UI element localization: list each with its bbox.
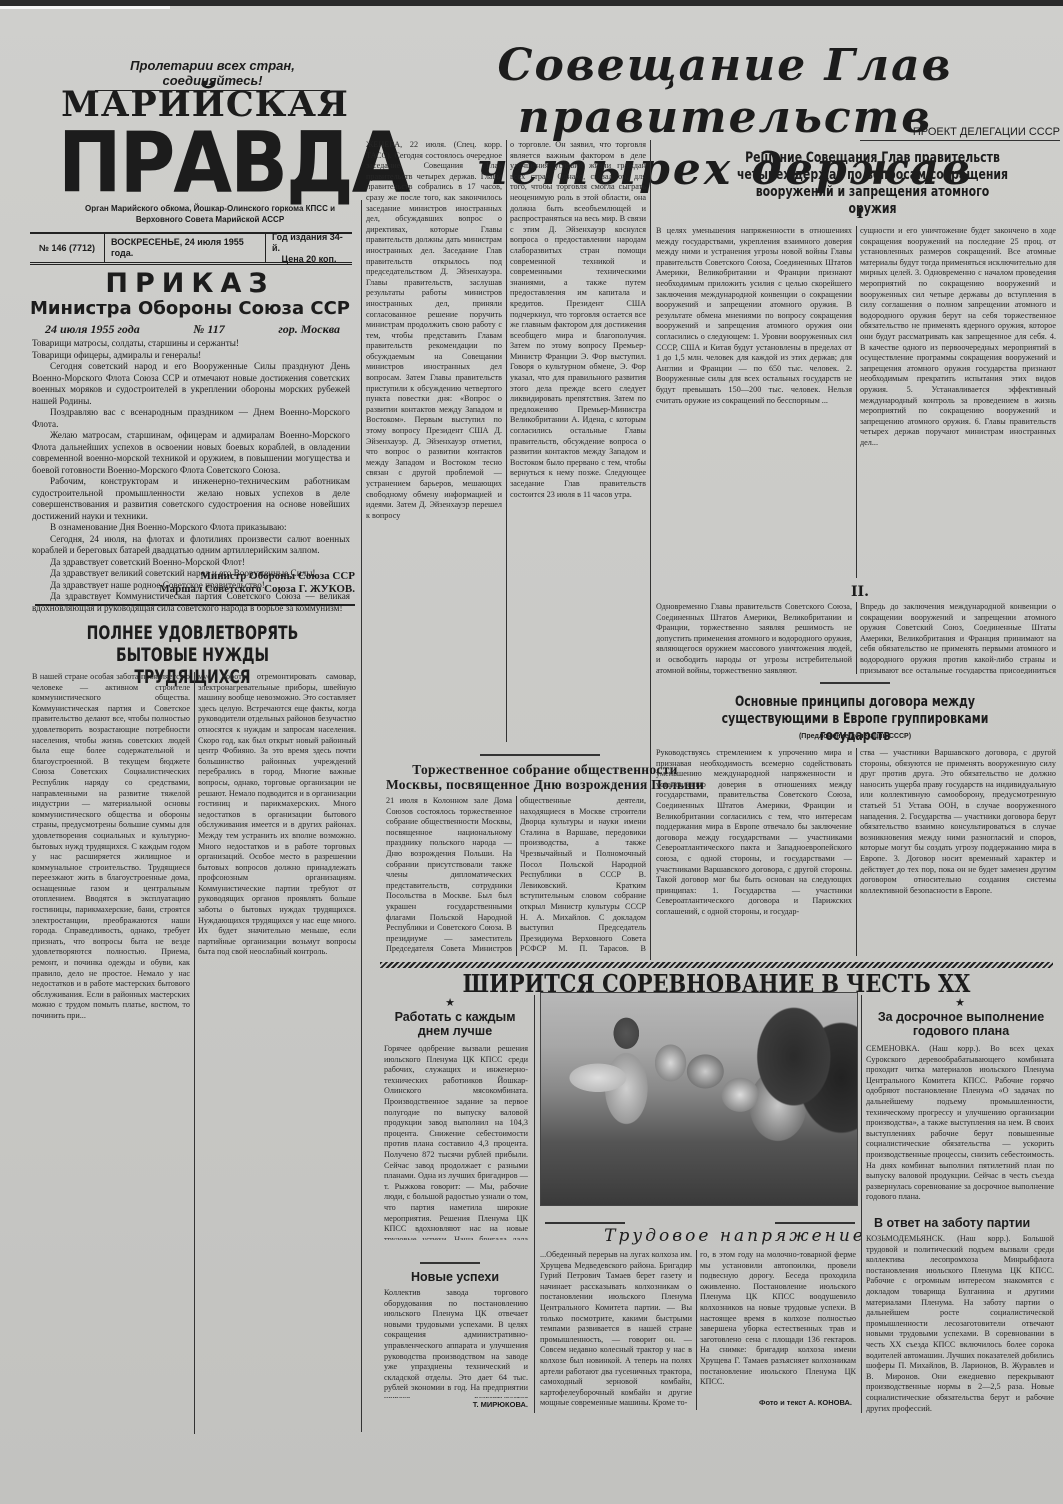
competition-left-author: Т. МИРЮКОВА. — [384, 1400, 528, 1409]
star-icon: ★ — [950, 996, 970, 1009]
treaty-subline: (Предложение делегации СССР) — [650, 733, 1060, 740]
signature-line2: Маршал Советского Союза Г. ЖУКОВ. — [150, 583, 355, 596]
competition-middle-headline: Трудовое напряжение — [590, 1226, 880, 1246]
section-number-2: II. — [840, 584, 880, 600]
competition-middle-column-1: ...Обеденный перерыв на лугах колхоза им… — [540, 1250, 692, 1410]
column-rule — [650, 140, 651, 960]
competition-left-headline: Работать с каждым днем лучше — [385, 1010, 525, 1038]
summit-column-1: ЖЕНЕВА, 22 июля. (Спец. корр. ТАСС). Сег… — [366, 140, 502, 740]
competition-right-text: СЕМЕНОВКА. (Наш корр.). Во всех цехах Су… — [866, 1044, 1054, 1206]
scan-border-highlight — [0, 6, 170, 9]
competition-left-text: Горячее одобрение вызвали решения июльск… — [384, 1044, 528, 1240]
competition-left-subheadline: Новые успехи — [385, 1270, 525, 1284]
order-date: 24 июля 1955 года — [45, 322, 140, 337]
order-paragraph: Поздравляю вас с всенародным праздником … — [32, 407, 350, 430]
price: Цена 20 коп. — [282, 254, 337, 265]
divider — [545, 1222, 625, 1224]
order-paragraph: Товарищи офицеры, адмиралы и генералы! — [32, 350, 350, 362]
signature-line1: Министр Обороны Союза ССР — [150, 570, 355, 583]
order-number: № 117 — [193, 322, 224, 337]
order-place: гор. Москва — [278, 322, 340, 337]
ornamental-divider — [380, 962, 1053, 968]
order-meta: 24 июля 1955 года № 117 гор. Москва — [45, 322, 340, 337]
issue-bar: № 146 (7712) ВОСКРЕСЕНЬЕ, 24 июля 1955 г… — [30, 232, 352, 265]
order-paragraph: Сегодня советский народ и его Вооруженны… — [32, 361, 350, 407]
issue-date: ВОСКРЕСЕНЬЕ, 24 июля 1955 года. — [105, 234, 266, 262]
treaty-column-1: Руководствуясь стремлением к упрочению м… — [656, 748, 852, 954]
masthead-organ: Орган Марийского обкома, Йошкар-Олинског… — [70, 203, 350, 225]
order-subtitle: Министра Обороны Союза ССР — [20, 298, 360, 319]
project-section2-col1: Одновременно Главы правительств Советско… — [656, 602, 852, 674]
column-rule — [861, 995, 862, 1413]
meeting-column-1: 21 июля в Колонном зале Дома Союзов сост… — [386, 796, 512, 956]
column-rule — [194, 672, 195, 1434]
competition-right-subheadline: В ответ на заботу партии — [866, 1216, 1063, 1230]
column-rule — [534, 995, 535, 1413]
column-rule — [696, 1250, 697, 1410]
project-section1-col1: В целях уменьшения напряженности в отнош… — [656, 226, 852, 576]
order-paragraph: В ознаменование Дня Военно-Морского Флот… — [32, 522, 350, 534]
divider — [775, 1222, 855, 1224]
project-section1-col2: сущности и его уничтожение будет законче… — [860, 226, 1056, 576]
masthead-title-line2: ПРАВДА — [58, 118, 348, 208]
order-paragraph: Желаю матросам, старшинам, офицерам и ад… — [32, 430, 350, 476]
order-paragraph: Да здравствует советский Военно-Морской … — [32, 557, 350, 569]
column-rule — [361, 200, 362, 1432]
order-paragraph: Сегодня, 24 июля, на флотах и флотилиях … — [32, 534, 350, 557]
column-rule — [506, 140, 507, 742]
column-rule — [856, 226, 857, 578]
competition-right-headline: За досрочное выполнение годового плана — [866, 1010, 1056, 1038]
summit-column-2: о торговле. Он заявил, что торговля явля… — [510, 140, 646, 740]
column-rule — [516, 796, 517, 956]
editorial-column-2: мус, ворота, отремонтировать самовар, эл… — [198, 672, 356, 1432]
order-title: ПРИКАЗ — [20, 268, 360, 299]
column-rule — [856, 602, 857, 674]
section-number-1: I — [840, 206, 880, 222]
competition-left-text2: Коллектив завода торгового оборудования … — [384, 1288, 528, 1398]
treaty-column-2: ства — участники Варшавского договора, с… — [860, 748, 1056, 954]
photo-credit: Фото и текст А. КОНОВА. — [700, 1398, 852, 1407]
issue-year-price: Год издания 34-й. Цена 20 коп. — [266, 234, 352, 262]
meeting-column-2: общественные деятели, находящиеся в Моск… — [520, 796, 646, 956]
project-section2-col2: Впредь до заключения международной конве… — [860, 602, 1056, 674]
divider — [35, 604, 355, 606]
issue-number: № 146 (7712) — [30, 234, 105, 262]
star-icon: ★ — [440, 996, 460, 1009]
divider — [420, 1262, 480, 1264]
competition-middle-column-2: го, в этом году на молочно-товарной ферм… — [700, 1250, 856, 1390]
year-of-publication: Год издания 34-й. — [272, 232, 346, 254]
competition-right-text2: КОЗЬМОДЕМЬЯНСК. (Наш корр.). Большой тру… — [866, 1234, 1054, 1420]
divider — [480, 754, 600, 756]
newspaper-page: Пролетарии всех стран, соединяйтесь! МАР… — [0, 0, 1063, 1504]
editorial-column-1: В нашей стране особая забота проявляется… — [32, 672, 190, 1432]
column-rule — [856, 748, 857, 956]
divider — [820, 682, 890, 684]
order-paragraph: Рабочим, конструкторам и инженерно-техни… — [32, 476, 350, 522]
project-label: ПРОЕКТ ДЕЛЕГАЦИИ СССР — [860, 126, 1060, 141]
news-photo — [540, 992, 858, 1206]
order-paragraph: Товарищи матросы, солдаты, старшины и се… — [32, 338, 350, 350]
order-signature: Министр Обороны Союза ССР Маршал Советск… — [150, 570, 355, 596]
